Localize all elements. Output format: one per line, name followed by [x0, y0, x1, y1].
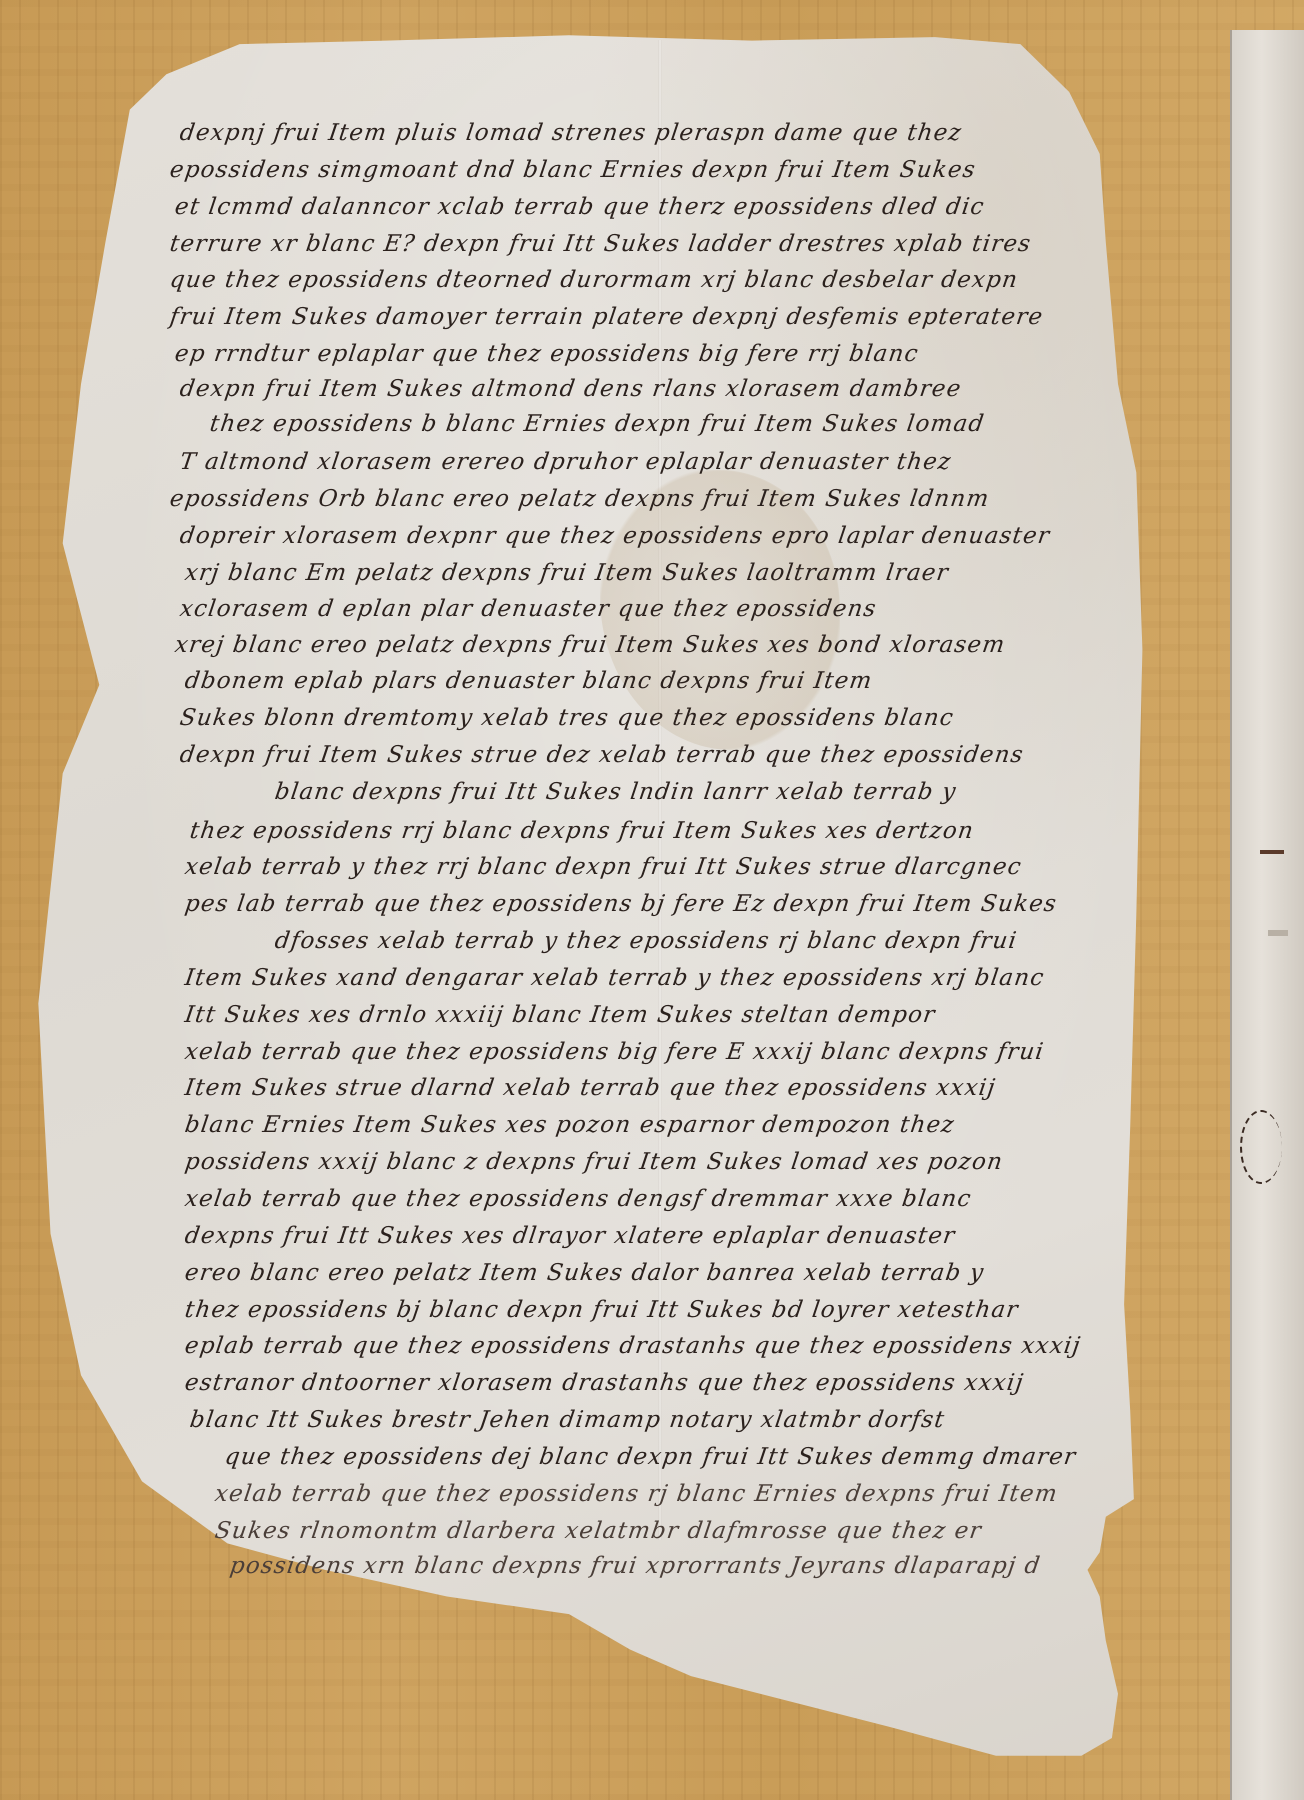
manuscript-line: Sukes rlnomontm dlarbera xelatmbr dlafmr…: [213, 1518, 983, 1544]
manuscript-line: xclorasem d eplan plar denuaster que the…: [178, 596, 878, 622]
manuscript-line: xelab terrab y thez rrj blanc dexpn frui…: [183, 854, 1023, 880]
manuscript-line: dopreir xlorasem dexpnr que thez epossid…: [178, 523, 1052, 549]
manuscript-line: dexpnj frui Item pluis lomad strenes ple…: [178, 120, 964, 146]
manuscript-line: blanc Itt Sukes brestr Jehen dimamp nota…: [188, 1407, 947, 1433]
manuscript-line: eplab terrab que thez epossidens drastan…: [183, 1333, 1083, 1359]
manuscript-line: dbonem eplab plars denuaster blanc dexpn…: [183, 668, 874, 694]
manuscript-line: possidens xxxij blanc z dexpns frui Item…: [183, 1149, 1005, 1175]
manuscript-line: blanc dexpns frui Itt Sukes lndin lanrr …: [273, 779, 958, 805]
manuscript-line: xrj blanc Em pelatz dexpns frui Item Suk…: [183, 560, 951, 586]
manuscript-line: estranor dntoorner xlorasem drastanhs qu…: [183, 1370, 1025, 1396]
manuscript-line: que thez epossidens dej blanc dexpn frui…: [223, 1444, 1078, 1470]
manuscript-line: Sukes blonn dremtomy xelab tres que thez…: [178, 705, 956, 731]
manuscript-line: epossidens simgmoant dnd blanc Ernies de…: [168, 157, 977, 183]
manuscript-line: frui Item Sukes damoyer terrain platere …: [168, 304, 1045, 330]
manuscript-line: thez epossidens rrj blanc dexpns frui It…: [188, 818, 976, 844]
manuscript-line: possidens xrn blanc dexpns frui xprorran…: [228, 1553, 1042, 1579]
manuscript-line: dexpn frui Item Sukes strue dez xelab te…: [178, 742, 1025, 768]
manuscript-line: xrej blanc ereo pelatz dexpns frui Item …: [173, 632, 1007, 658]
manuscript-line: dexpn frui Item Sukes altmond dens rlans…: [178, 376, 963, 402]
manuscript-line: Itt Sukes xes drnlo xxxiij blanc Item Su…: [183, 1002, 937, 1028]
manuscript-line: dexpns frui Itt Sukes xes dlrayor xlater…: [183, 1223, 957, 1249]
manuscript-line: xelab terrab que thez epossidens big fer…: [183, 1039, 1046, 1065]
manuscript-line: que thez epossidens dteorned durormam xr…: [168, 267, 1020, 293]
manuscript-line: thez epossidens b blanc Ernies dexpn fru…: [208, 411, 986, 437]
manuscript-line: et lcmmd dalanncor xclab terrab que ther…: [173, 194, 986, 220]
manuscript-line: thez epossidens bj blanc dexpn frui Itt …: [183, 1297, 1020, 1323]
manuscript-line: Item Sukes xand dengarar xelab terrab y …: [183, 965, 1046, 991]
manuscript-line: ep rrndtur eplaplar que thez epossidens …: [173, 341, 920, 367]
manuscript-line: blanc Ernies Item Sukes xes pozon esparn…: [183, 1112, 956, 1138]
manuscript-line: ereo blanc ereo pelatz Item Sukes dalor …: [183, 1260, 986, 1286]
manuscript-line: xelab terrab que thez epossidens dengsf …: [183, 1186, 973, 1212]
manuscript-line: xelab terrab que thez epossidens rj blan…: [213, 1481, 1059, 1507]
manuscript-line: epossidens Orb blanc ereo pelatz dexpns …: [168, 486, 991, 512]
manuscript-line: Item Sukes strue dlarnd xelab terrab que…: [183, 1075, 997, 1101]
manuscript-line: dfosses xelab terrab y thez epossidens r…: [273, 928, 1019, 954]
manuscript-line: pes lab terrab que thez epossidens bj fe…: [183, 891, 1059, 917]
manuscript-line: terrure xr blanc E? dexpn frui Itt Sukes…: [168, 231, 1033, 257]
manuscript-line: T altmond xlorasem erereo dpruhor eplapl…: [178, 449, 953, 475]
handwritten-text: dexpnj frui Item pluis lomad strenes ple…: [0, 0, 1304, 1800]
